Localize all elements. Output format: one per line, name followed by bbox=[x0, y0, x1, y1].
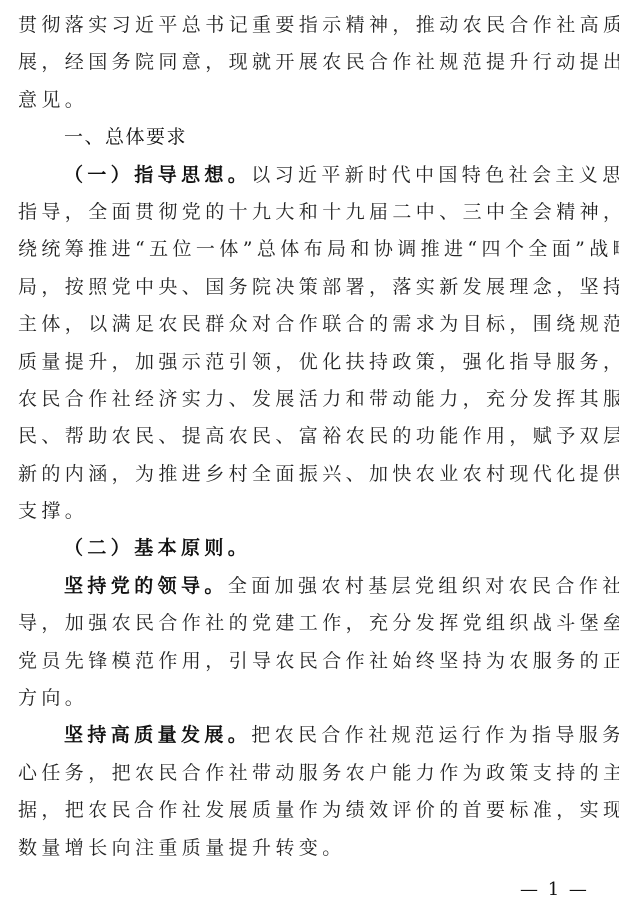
section-heading: 一、总体要求 bbox=[18, 119, 604, 156]
paragraph-lead: 坚持党的领导。 bbox=[64, 575, 228, 597]
high-quality-development-paragraph: 坚持高质量发展。把农民合作社规范运行作为指导服务的核 心任务，把农民合作社带动服… bbox=[18, 717, 604, 867]
text-line: 局，按照党中央、国务院决策部署，落实新发展理念，坚持以农民为 bbox=[18, 269, 604, 306]
text-line: 民、帮助农民、提高农民、富裕农民的功能作用，赋予双层经营体制 bbox=[18, 418, 604, 455]
text-line: 方向。 bbox=[18, 680, 604, 717]
text-line: 党员先锋模范作用，引导农民合作社始终坚持为农服务的正确 bbox=[18, 643, 604, 680]
page-number: — 1 — bbox=[520, 879, 589, 900]
paragraph-first-line: 坚持高质量发展。把农民合作社规范运行作为指导服务的核 bbox=[18, 717, 604, 754]
text-line: 绕统筹推进“五位一体”总体布局和协调推进“四个全面”战略布 bbox=[18, 231, 604, 268]
text-line: 指导，全面贯彻党的十九大和十九届二中、三中全会精神，紧紧围 bbox=[18, 194, 604, 231]
text-line: 新的内涵，为推进乡村全面振兴、加快农业农村现代化提供有力 bbox=[18, 456, 604, 493]
text-line: 支撑。 bbox=[18, 493, 604, 530]
paragraph-text: 把农民合作社规范运行作为指导服务的核 bbox=[251, 724, 619, 746]
text-line: 贯彻落实习近平总书记重要指示精神，推动农民合作社高质量发 bbox=[18, 7, 604, 44]
text-line: 据，把农民合作社发展质量作为绩效评价的首要标准，实现由注重 bbox=[18, 792, 604, 829]
text-line: 展，经国务院同意，现就开展农民合作社规范提升行动提出以下 bbox=[18, 44, 604, 81]
party-leadership-paragraph: 坚持党的领导。全面加强农村基层党组织对农民合作社的领 导，加强农民合作社的党建工… bbox=[18, 568, 604, 718]
paragraph-text: 以习近平新时代中国特色社会主义思想为 bbox=[251, 164, 619, 186]
text-line: 质量提升，加强示范引领，优化扶持政策，强化指导服务，不断增强 bbox=[18, 344, 604, 381]
paragraph-first-line: （一）指导思想。以习近平新时代中国特色社会主义思想为 bbox=[18, 157, 604, 194]
text-line: 意见。 bbox=[18, 82, 604, 119]
text-line: 主体，以满足农民群众对合作联合的需求为目标，围绕规范发展和 bbox=[18, 306, 604, 343]
guiding-ideology-paragraph: （一）指导思想。以习近平新时代中国特色社会主义思想为 指导，全面贯彻党的十九大和… bbox=[18, 157, 604, 531]
paragraph-lead: 坚持高质量发展。 bbox=[64, 724, 251, 746]
subsection-heading-text: （二）基本原则。 bbox=[64, 537, 251, 559]
text-line: 导，加强农民合作社的党建工作，充分发挥党组织战斗堡垒作用和 bbox=[18, 605, 604, 642]
text-line: 数量增长向注重质量提升转变。 bbox=[18, 830, 604, 867]
text-line: 心任务，把农民合作社带动服务农户能力作为政策支持的主要依 bbox=[18, 755, 604, 792]
paragraph-text: 全面加强农村基层党组织对农民合作社的领 bbox=[228, 575, 619, 597]
document-page: 贯彻落实习近平总书记重要指示精神，推动农民合作社高质量发 展，经国务院同意，现就… bbox=[18, 7, 604, 867]
paragraph-first-line: 坚持党的领导。全面加强农村基层党组织对农民合作社的领 bbox=[18, 568, 604, 605]
intro-paragraph: 贯彻落实习近平总书记重要指示精神，推动农民合作社高质量发 展，经国务院同意，现就… bbox=[18, 7, 604, 119]
subsection-heading: （二）基本原则。 bbox=[18, 530, 604, 567]
paragraph-lead: （一）指导思想。 bbox=[64, 164, 251, 186]
text-line: 农民合作社经济实力、发展活力和带动能力，充分发挥其服务农 bbox=[18, 381, 604, 418]
